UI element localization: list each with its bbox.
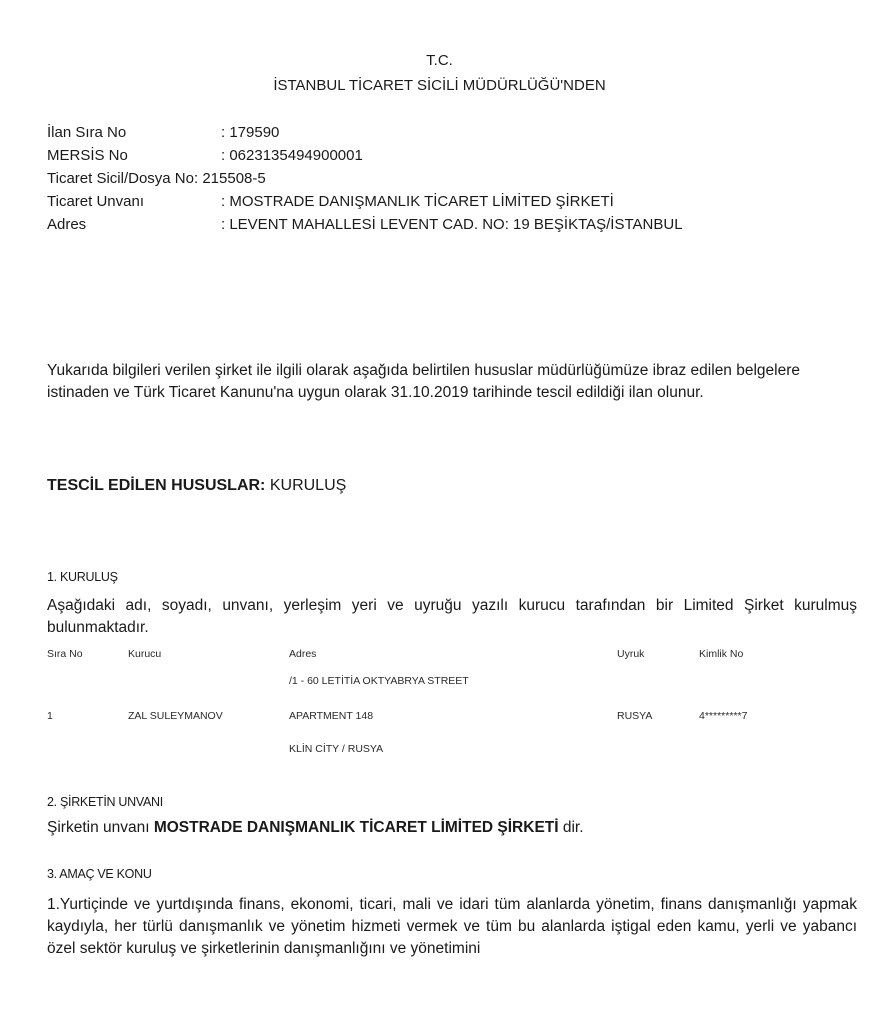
section-3-title: 3. AMAÇ VE KONU	[47, 867, 152, 881]
info-row-sicil-no: Ticaret Sicil/Dosya No: 215508-5	[47, 170, 266, 187]
col-header-kimlik-no: Kimlik No	[699, 648, 743, 660]
info-label: Adres	[47, 216, 221, 233]
cell-kimlik-no: 4*********7	[699, 710, 747, 722]
cell-adres-line-1: /1 - 60 LETİTİA OKTYABRYA STREET	[289, 675, 469, 687]
info-value: : MOSTRADE DANIŞMANLIK TİCARET LİMİTED Ş…	[221, 193, 614, 210]
info-row-ilan-sira-no: İlan Sıra No: 179590	[47, 124, 279, 141]
section-2-prefix: Şirketin unvanı	[47, 819, 154, 836]
col-header-adres: Adres	[289, 648, 316, 660]
cell-adres-line-2: APARTMENT 148	[289, 710, 373, 722]
info-value: : 0623135494900001	[221, 147, 363, 164]
section-1-title: 1. KURULUŞ	[47, 570, 118, 584]
section-2-title: 2. ŞİRKETİN UNVANI	[47, 795, 163, 809]
intro-paragraph: Yukarıda bilgileri verilen şirket ile il…	[47, 360, 837, 404]
cell-uyruk: RUSYA	[617, 710, 652, 722]
cell-adres-line-3: KLİN CİTY / RUSYA	[289, 743, 383, 755]
company-name: MOSTRADE DANIŞMANLIK TİCARET LİMİTED ŞİR…	[154, 819, 559, 836]
section-2-suffix: dir.	[559, 819, 584, 836]
registered-matters: TESCİL EDİLEN HUSUSLAR: KURULUŞ	[47, 477, 346, 495]
info-value: : 179590	[221, 124, 279, 141]
section-2-text: Şirketin unvanı MOSTRADE DANIŞMANLIK TİC…	[47, 819, 584, 837]
info-label: Ticaret Unvanı	[47, 193, 221, 210]
info-label: MERSİS No	[47, 147, 221, 164]
col-header-kurucu: Kurucu	[128, 648, 161, 660]
info-row-adres: Adres: LEVENT MAHALLESİ LEVENT CAD. NO: …	[47, 216, 683, 233]
col-header-uyruk: Uyruk	[617, 648, 644, 660]
info-value: : LEVENT MAHALLESİ LEVENT CAD. NO: 19 BE…	[221, 216, 683, 233]
info-value: : 215508-5	[194, 170, 266, 187]
cell-kurucu: ZAL SULEYMANOV	[128, 710, 223, 722]
info-label: İlan Sıra No	[47, 124, 221, 141]
info-row-ticaret-unvani: Ticaret Unvanı: MOSTRADE DANIŞMANLIK TİC…	[47, 193, 614, 210]
header-tc: T.C.	[0, 52, 879, 69]
info-label: Ticaret Sicil/Dosya No	[47, 170, 194, 187]
header-registry-office: İSTANBUL TİCARET SİCİLİ MÜDÜRLÜĞÜ'NDEN	[0, 77, 879, 94]
section-1-text: Aşağıdaki adı, soyadı, unvanı, yerleşim …	[47, 595, 857, 639]
registered-value: KURULUŞ	[265, 477, 346, 494]
registered-label: TESCİL EDİLEN HUSUSLAR:	[47, 477, 265, 494]
col-header-sira-no: Sıra No	[47, 648, 83, 660]
section-3-text: 1.Yurtiçinde ve yurtdışında finans, ekon…	[47, 894, 857, 960]
info-row-mersis-no: MERSİS No: 0623135494900001	[47, 147, 363, 164]
cell-sira-no: 1	[47, 710, 53, 722]
